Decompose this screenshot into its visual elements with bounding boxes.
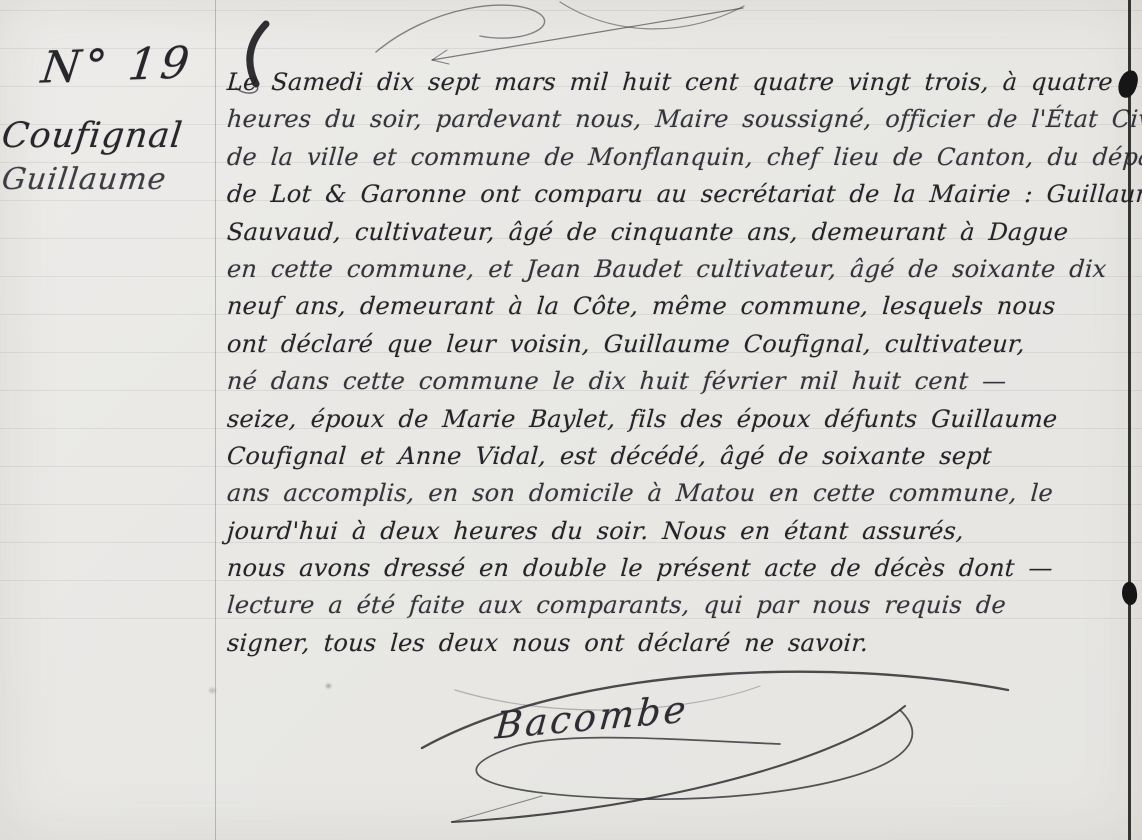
ink-smudge (326, 684, 331, 688)
manuscript-line: lecture a été faite aux comparants, qui … (226, 587, 1129, 624)
manuscript-line: ans accomplis, en son domicile à Matou e… (226, 475, 1129, 512)
manuscript-line: seize, époux de Marie Baylet, fils des é… (226, 401, 1129, 438)
mayor-signature: Bacombe (360, 648, 1050, 838)
manuscript-line: en cette commune, et Jean Baudet cultiva… (226, 251, 1129, 288)
manuscript-line: Coufignal et Anne Vidal, est décédé, âgé… (226, 438, 1129, 475)
manuscript-line: Le Samedi dix sept mars mil huit cent qu… (226, 64, 1129, 101)
manuscript-line: né dans cette commune le dix huit févrie… (226, 363, 1129, 400)
ink-smudge (209, 688, 216, 693)
manuscript-page: N° 19 Coufignal Guillaume Le Samedi dix … (0, 0, 1142, 840)
manuscript-line: nous avons dressé en double le présent a… (226, 550, 1129, 587)
manuscript-line: jourd'hui à deux heures du soir. Nous en… (226, 513, 1129, 550)
binding-thread-line (1128, 0, 1131, 840)
manuscript-line: de Lot & Garonne ont comparu au secrétar… (226, 176, 1129, 213)
manuscript-line: heures du soir, pardevant nous, Maire so… (226, 101, 1129, 138)
manuscript-line: Sauvaud, cultivateur, âgé de cinquante a… (226, 214, 1129, 251)
margin-given-name: Guillaume (0, 162, 169, 197)
margin-rule-line (215, 0, 216, 840)
margin-surname: Coufignal (0, 116, 185, 156)
act-number: N° 19 (38, 37, 196, 93)
manuscript-line: ont déclaré que leur voisin, Guillaume C… (226, 326, 1129, 363)
act-body-text: Le Samedi dix sept mars mil huit cent qu… (227, 64, 1127, 662)
manuscript-line: neuf ans, demeurant à la Côte, même comm… (226, 288, 1129, 325)
signature-flourish (360, 648, 1050, 838)
manuscript-line: de la ville et commune de Monflanquin, c… (226, 139, 1129, 176)
